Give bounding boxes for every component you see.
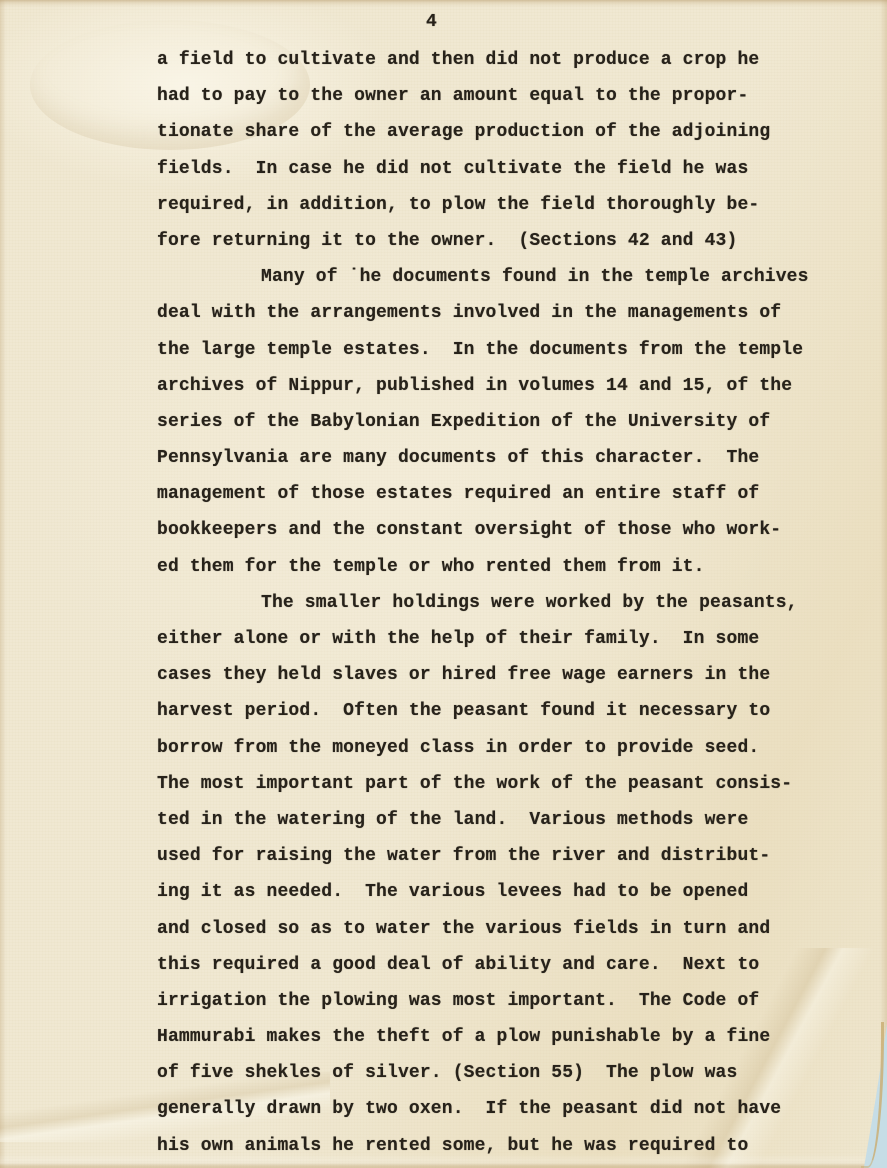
page-number: 4 — [0, 11, 875, 33]
text-line: used for raising the water from the rive… — [157, 838, 825, 874]
text-line: Pennsylvania are many documents of this … — [157, 440, 825, 476]
text-line: borrow from the moneyed class in order t… — [157, 730, 825, 766]
text-line: cases they held slaves or hired free wag… — [157, 657, 825, 693]
text-line: series of the Babylonian Expedition of t… — [157, 404, 825, 440]
corner-curl — [853, 1018, 887, 1168]
text-line: of five shekles of silver. (Section 55) … — [157, 1055, 825, 1091]
text-line: The most important part of the work of t… — [157, 766, 825, 802]
curled-paper-edge — [861, 1022, 884, 1168]
text-line: his own animals he rented some, but he w… — [157, 1128, 825, 1164]
text-line: Hammurabi makes the theft of a plow puni… — [157, 1019, 825, 1055]
text-line: ing it as needed. The various levees had… — [157, 874, 825, 910]
text-line: bookkeepers and the constant oversight o… — [157, 512, 825, 548]
text-line: generally drawn by two oxen. If the peas… — [157, 1091, 825, 1127]
text-line: deal with the arrangements involved in t… — [157, 295, 825, 331]
paragraph: Many of ˙he documents found in the templ… — [157, 259, 825, 585]
text-line: fore returning it to the owner. (Section… — [157, 223, 825, 259]
paragraph: a field to cultivate and then did not pr… — [157, 42, 825, 259]
text-line: ted in the watering of the land. Various… — [157, 802, 825, 838]
text-line: archives of Nippur, published in volumes… — [157, 368, 825, 404]
text-line: tionate share of the average production … — [157, 114, 825, 150]
typed-text-block: a field to cultivate and then did not pr… — [157, 42, 825, 1164]
paper-page: 4 a field to cultivate and then did not … — [0, 0, 887, 1168]
text-line: The smaller holdings were worked by the … — [157, 585, 825, 621]
text-line: required, in addition, to plow the field… — [157, 187, 825, 223]
text-line: had to pay to the owner an amount equal … — [157, 78, 825, 114]
text-line: management of those estates required an … — [157, 476, 825, 512]
text-line: and closed so as to water the various fi… — [157, 911, 825, 947]
text-line: this required a good deal of ability and… — [157, 947, 825, 983]
paragraph: The smaller holdings were worked by the … — [157, 585, 825, 1164]
scan-background-wedge — [853, 1018, 887, 1168]
text-line: either alone or with the help of their f… — [157, 621, 825, 657]
text-line: the large temple estates. In the documen… — [157, 332, 825, 368]
text-line: ed them for the temple or who rented the… — [157, 549, 825, 585]
text-line: a field to cultivate and then did not pr… — [157, 42, 825, 78]
text-line: irrigation the plowing was most importan… — [157, 983, 825, 1019]
text-line: Many of ˙he documents found in the templ… — [157, 259, 825, 295]
text-line: fields. In case he did not cultivate the… — [157, 151, 825, 187]
text-line: harvest period. Often the peasant found … — [157, 693, 825, 729]
